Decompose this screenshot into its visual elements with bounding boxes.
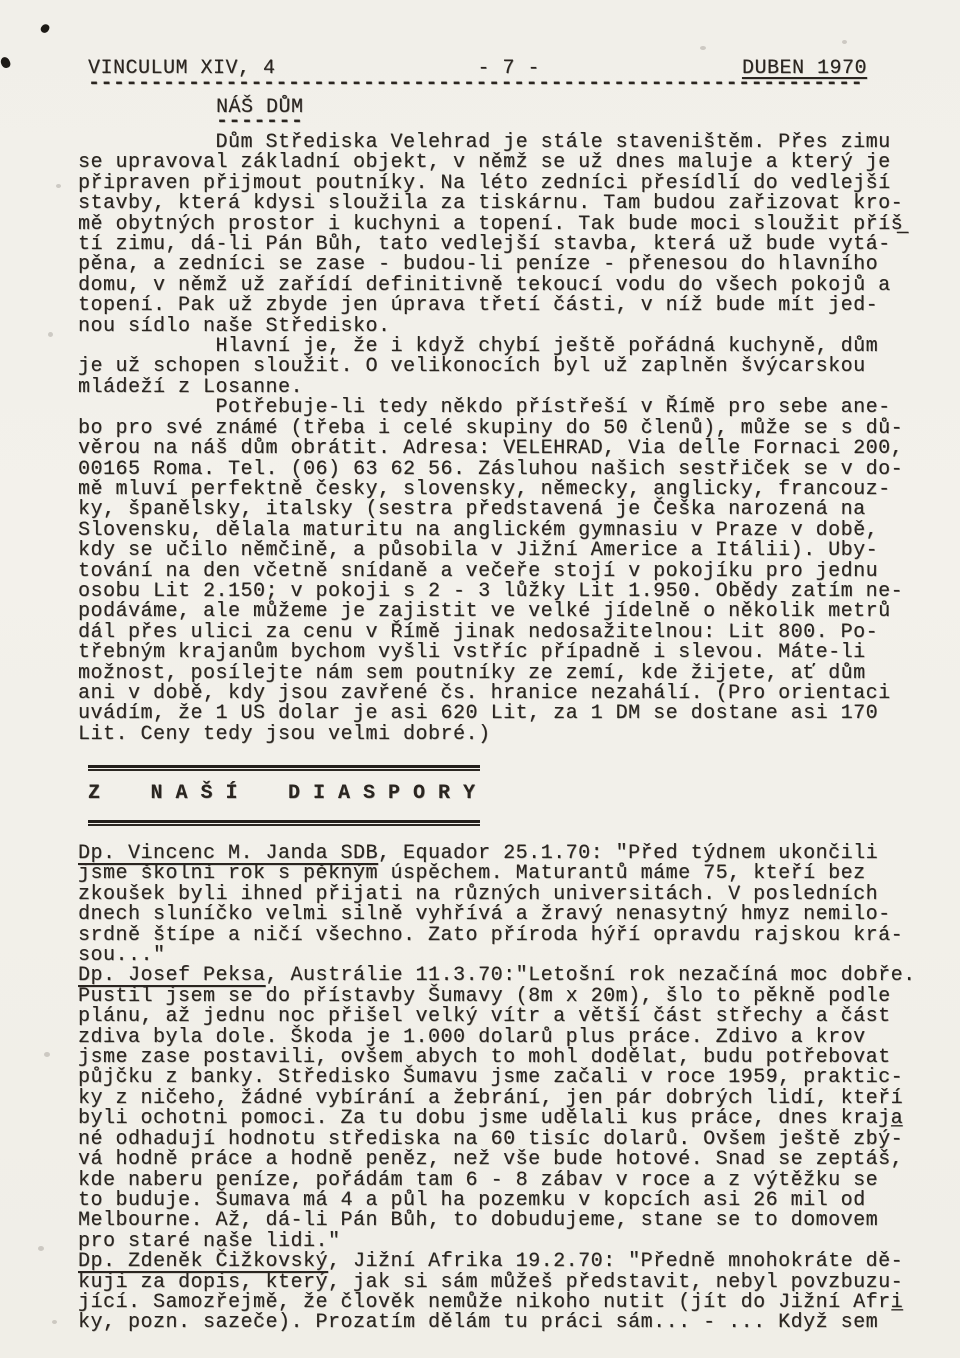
article-body: Dům Střediska Velehrad je stále staveniš… [78,133,903,745]
diaspora-entry: Dp. Vincenc M. Janda SDB, Equador 25.1.7… [78,844,916,966]
diaspora-entry: Dp. Josef Peksa, Austrálie 11.3.70:"Leto… [78,966,916,1252]
section-divider-bottom [88,820,480,826]
entry-body: kuji za dopis, který, jak si sám můžeš p… [78,1273,916,1334]
ink-speck [0,56,11,69]
correspondent-name: Dp. Zdeněk Čižkovský [78,1250,328,1273]
entry-intro: Dp. Josef Peksa, Austrálie 11.3.70:"Leto… [78,966,916,986]
correspondent-name: Dp. Josef Peksa [78,964,266,987]
diaspora-section: Dp. Vincenc M. Janda SDB, Equador 25.1.7… [78,844,916,1334]
paper-speck [44,1052,50,1057]
document-page: VINCULUM XIV, 4 - 7 - DUBEN 1970 -------… [0,0,960,1358]
article-title-underline: ------- [216,112,304,132]
paper-speck [56,184,61,188]
entry-intro-rest: , Jižní Afrika 19.2.70: "Předně mnohokrá… [328,1250,903,1273]
entry-intro-rest: , Austrálie 11.3.70:"Letošní rok nezačín… [266,964,916,987]
header-divider-dashes: ----------------------------------------… [88,74,863,94]
paper-speck [48,332,53,337]
paper-speck [52,1320,57,1324]
section-divider-top [88,765,480,771]
paper-speck [842,40,847,44]
entry-body: Pustil jsem se do přístavby Šumavy (8m x… [78,987,916,1252]
diaspora-entry: Dp. Zdeněk Čižkovský, Jižní Afrika 19.2.… [78,1252,916,1334]
section-heading: Z N A Š Í D I A S P O R Y [88,782,476,805]
ink-speck [39,23,50,35]
paper-speck [38,1246,44,1251]
entry-intro: Dp. Vincenc M. Janda SDB, Equador 25.1.7… [78,844,916,864]
paper-speck [700,46,706,50]
entry-intro: Dp. Zdeněk Čižkovský, Jižní Afrika 19.2.… [78,1252,916,1272]
entry-body: jsme školní rok s pěkným úspěchem. Matur… [78,864,916,966]
